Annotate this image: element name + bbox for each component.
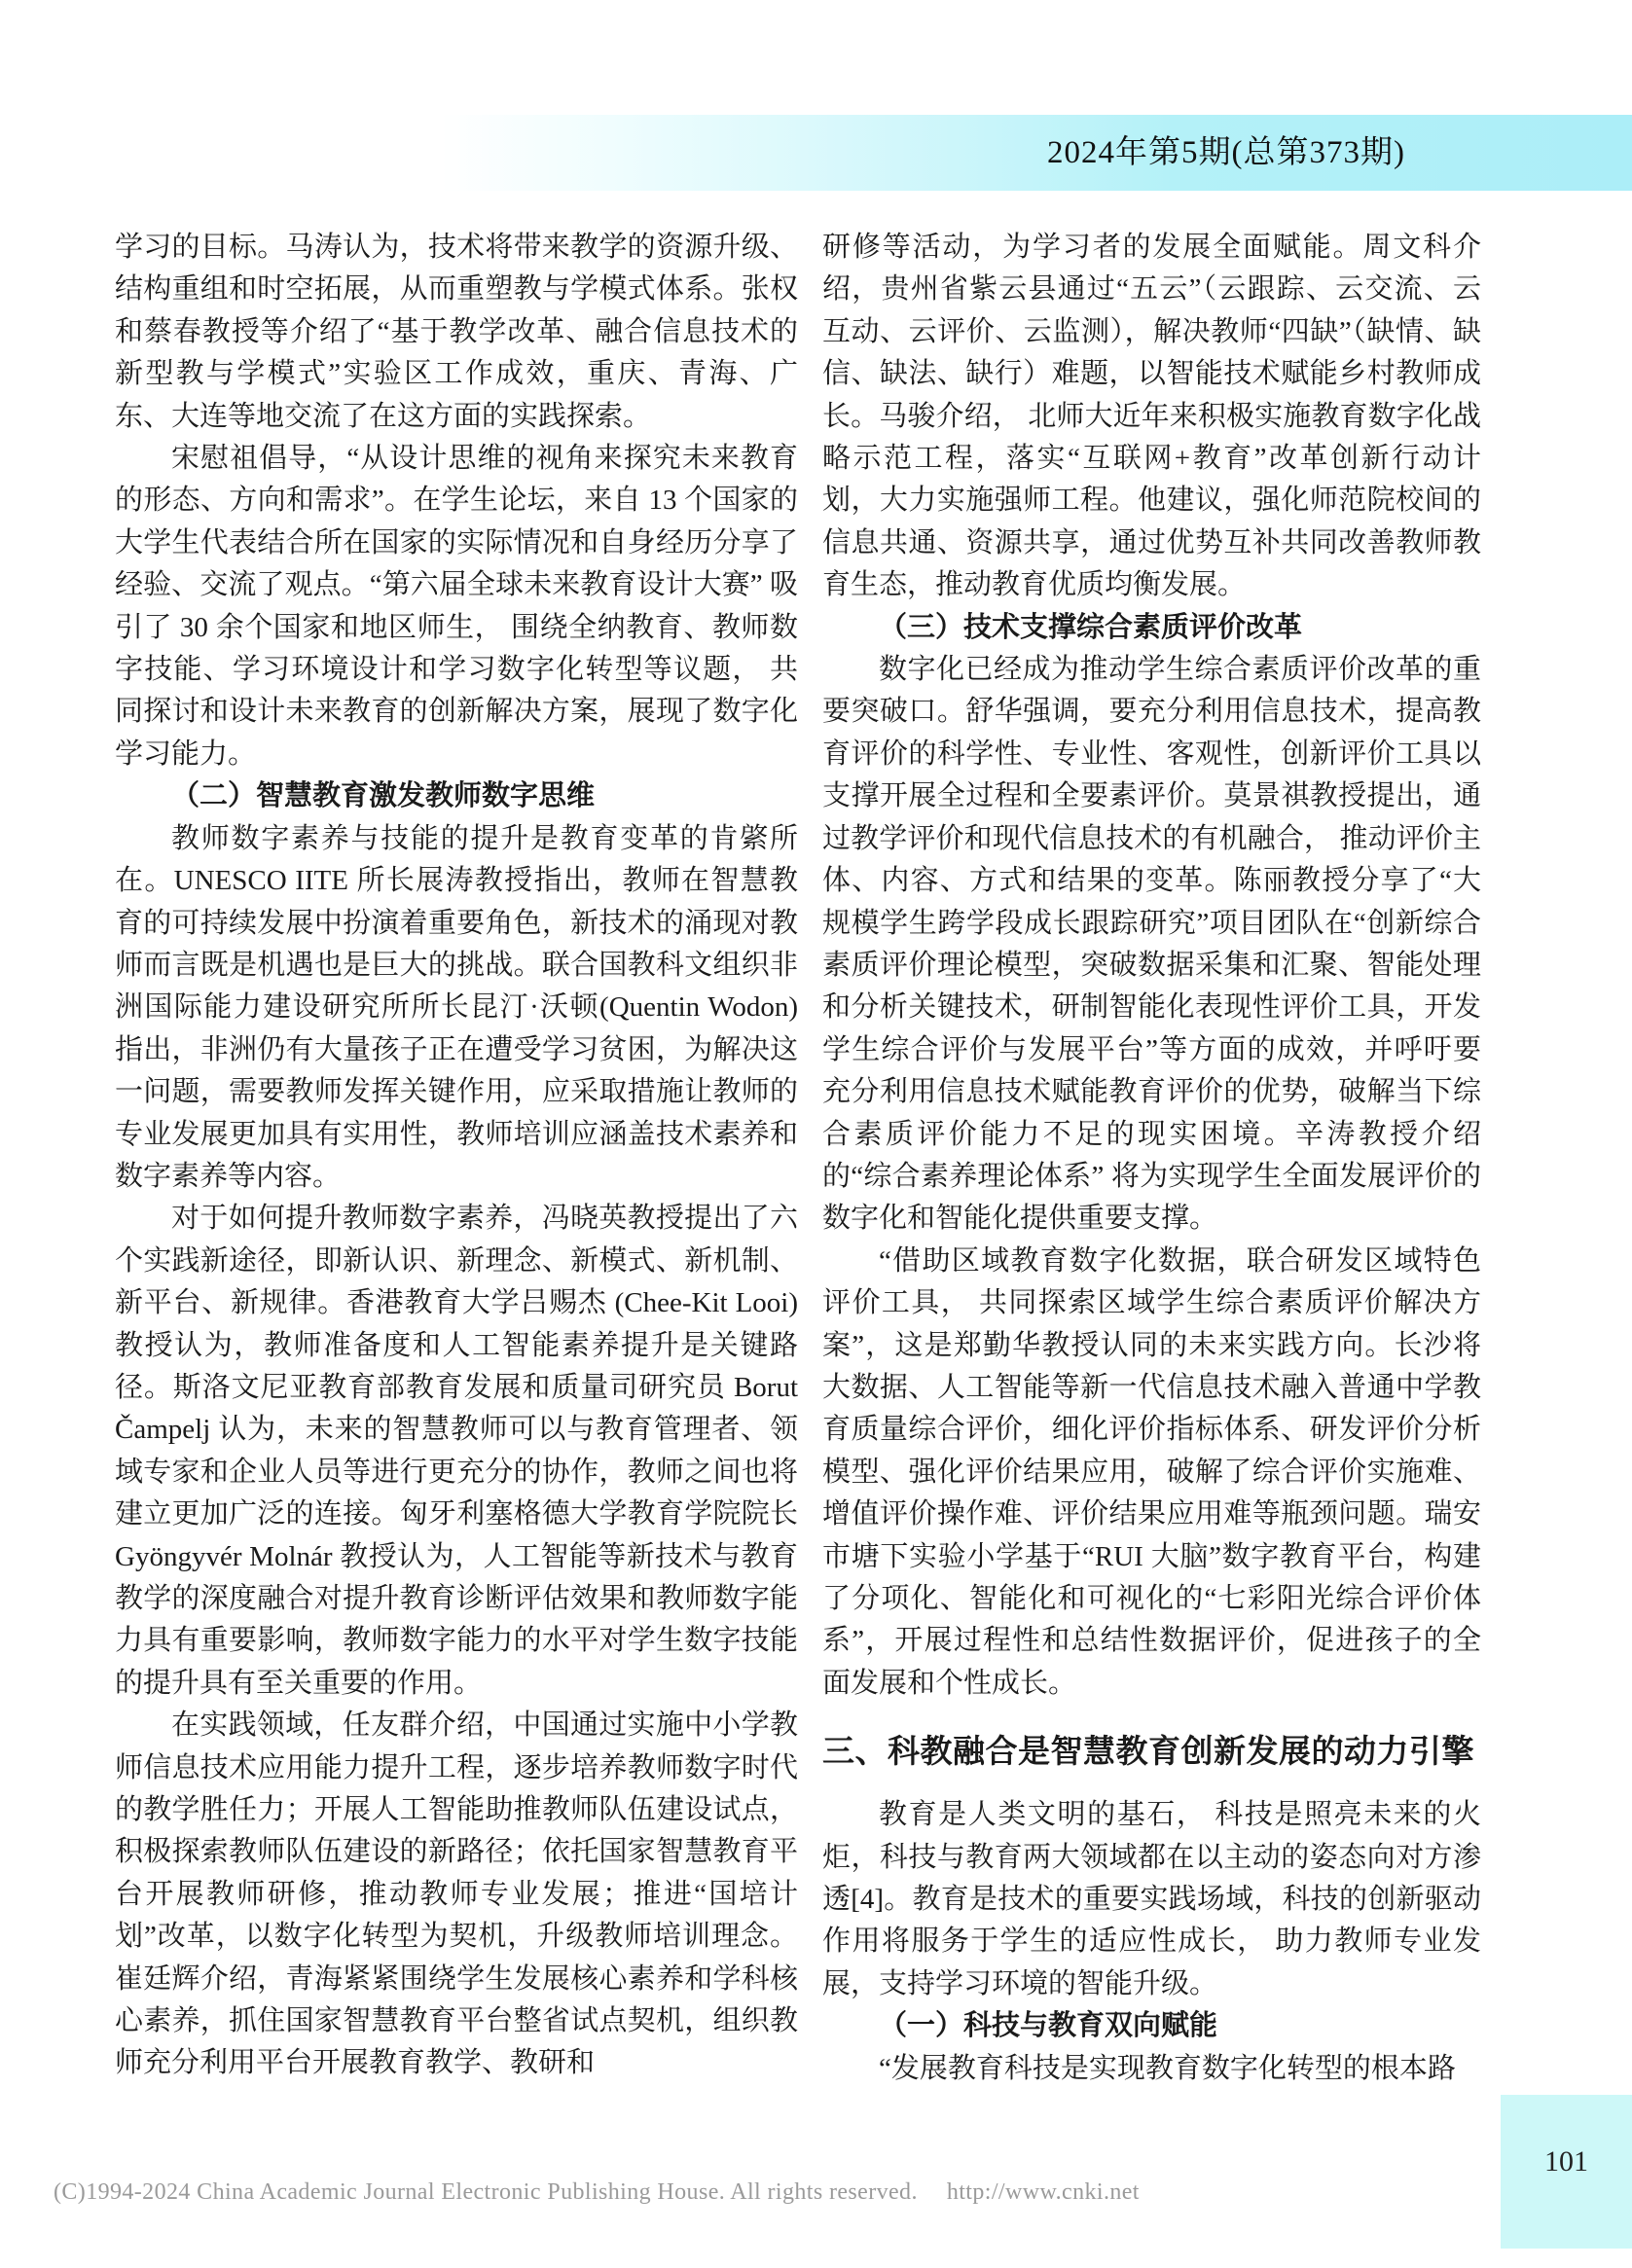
- cnki-url: http://www.cnki.net: [947, 2179, 1140, 2205]
- page-number: 101: [1544, 2145, 1588, 2178]
- issue-label: 2024年第5期(总第373期): [1002, 130, 1450, 175]
- paragraph: 数字化已经成为推动学生综合素质评价改革的重要突破口。舒华强调，要充分利用信息技术…: [822, 649, 1481, 1241]
- left-column: 学习的目标。马涛认为，技术将带来教学的资源升级、结构重组和时空拓展，从而重塑教与…: [115, 227, 798, 2085]
- page-number-box: 101: [1501, 2095, 1632, 2249]
- chapter-heading: 三、科教融合是智慧教育创新发展的动力引擎: [822, 1730, 1481, 1773]
- paragraph: “借助区域教育数字化数据，联合研发区域特色评价工具， 共同探索区域学生综合素质评…: [822, 1241, 1481, 1705]
- paragraph: 学习的目标。马涛认为，技术将带来教学的资源升级、结构重组和时空拓展，从而重塑教与…: [115, 227, 798, 438]
- section-heading: （三）技术支撑综合素质评价改革: [822, 607, 1481, 649]
- copyright-footer: (C)1994-2024 China Academic Journal Elec…: [54, 2178, 1465, 2207]
- paragraph: 研修等活动，为学习者的发展全面赋能。周文科介绍，贵州省紫云县通过“五云”（云跟踪…: [822, 227, 1481, 607]
- paragraph: 对于如何提升教师数字素养，冯晓英教授提出了六个实践新途径，即新认识、新理念、新模…: [115, 1198, 798, 1705]
- section-heading: （二）智慧教育激发教师数字思维: [115, 775, 798, 817]
- paragraph: 在实践领域，任友群介绍，中国通过实施中小学教师信息技术应用能力提升工程，逐步培养…: [115, 1705, 798, 2085]
- right-column: 研修等活动，为学习者的发展全面赋能。周文科介绍，贵州省紫云县通过“五云”（云跟踪…: [822, 227, 1481, 2090]
- section-heading: （一）科技与教育双向赋能: [822, 2005, 1481, 2047]
- paragraph: “发展教育科技是实现教育数字化转型的根本路: [822, 2048, 1481, 2090]
- paragraph: 教育是人类文明的基石， 科技是照亮未来的火炬，科技与教育两大领域都在以主动的姿态…: [822, 1794, 1481, 2005]
- paragraph: 教师数字素养与技能的提升是教育变革的肯綮所在。UNESCO IITE 所长展涛教…: [115, 818, 798, 1199]
- copyright-text: (C)1994-2024 China Academic Journal Elec…: [54, 2179, 918, 2205]
- journal-page: 2024年第5期(总第373期) 学习的目标。马涛认为，技术将带来教学的资源升级…: [0, 0, 1632, 2268]
- paragraph: 宋慰祖倡导，“从设计思维的视角来探究未来教育的形态、方向和需求”。在学生论坛，来…: [115, 438, 798, 775]
